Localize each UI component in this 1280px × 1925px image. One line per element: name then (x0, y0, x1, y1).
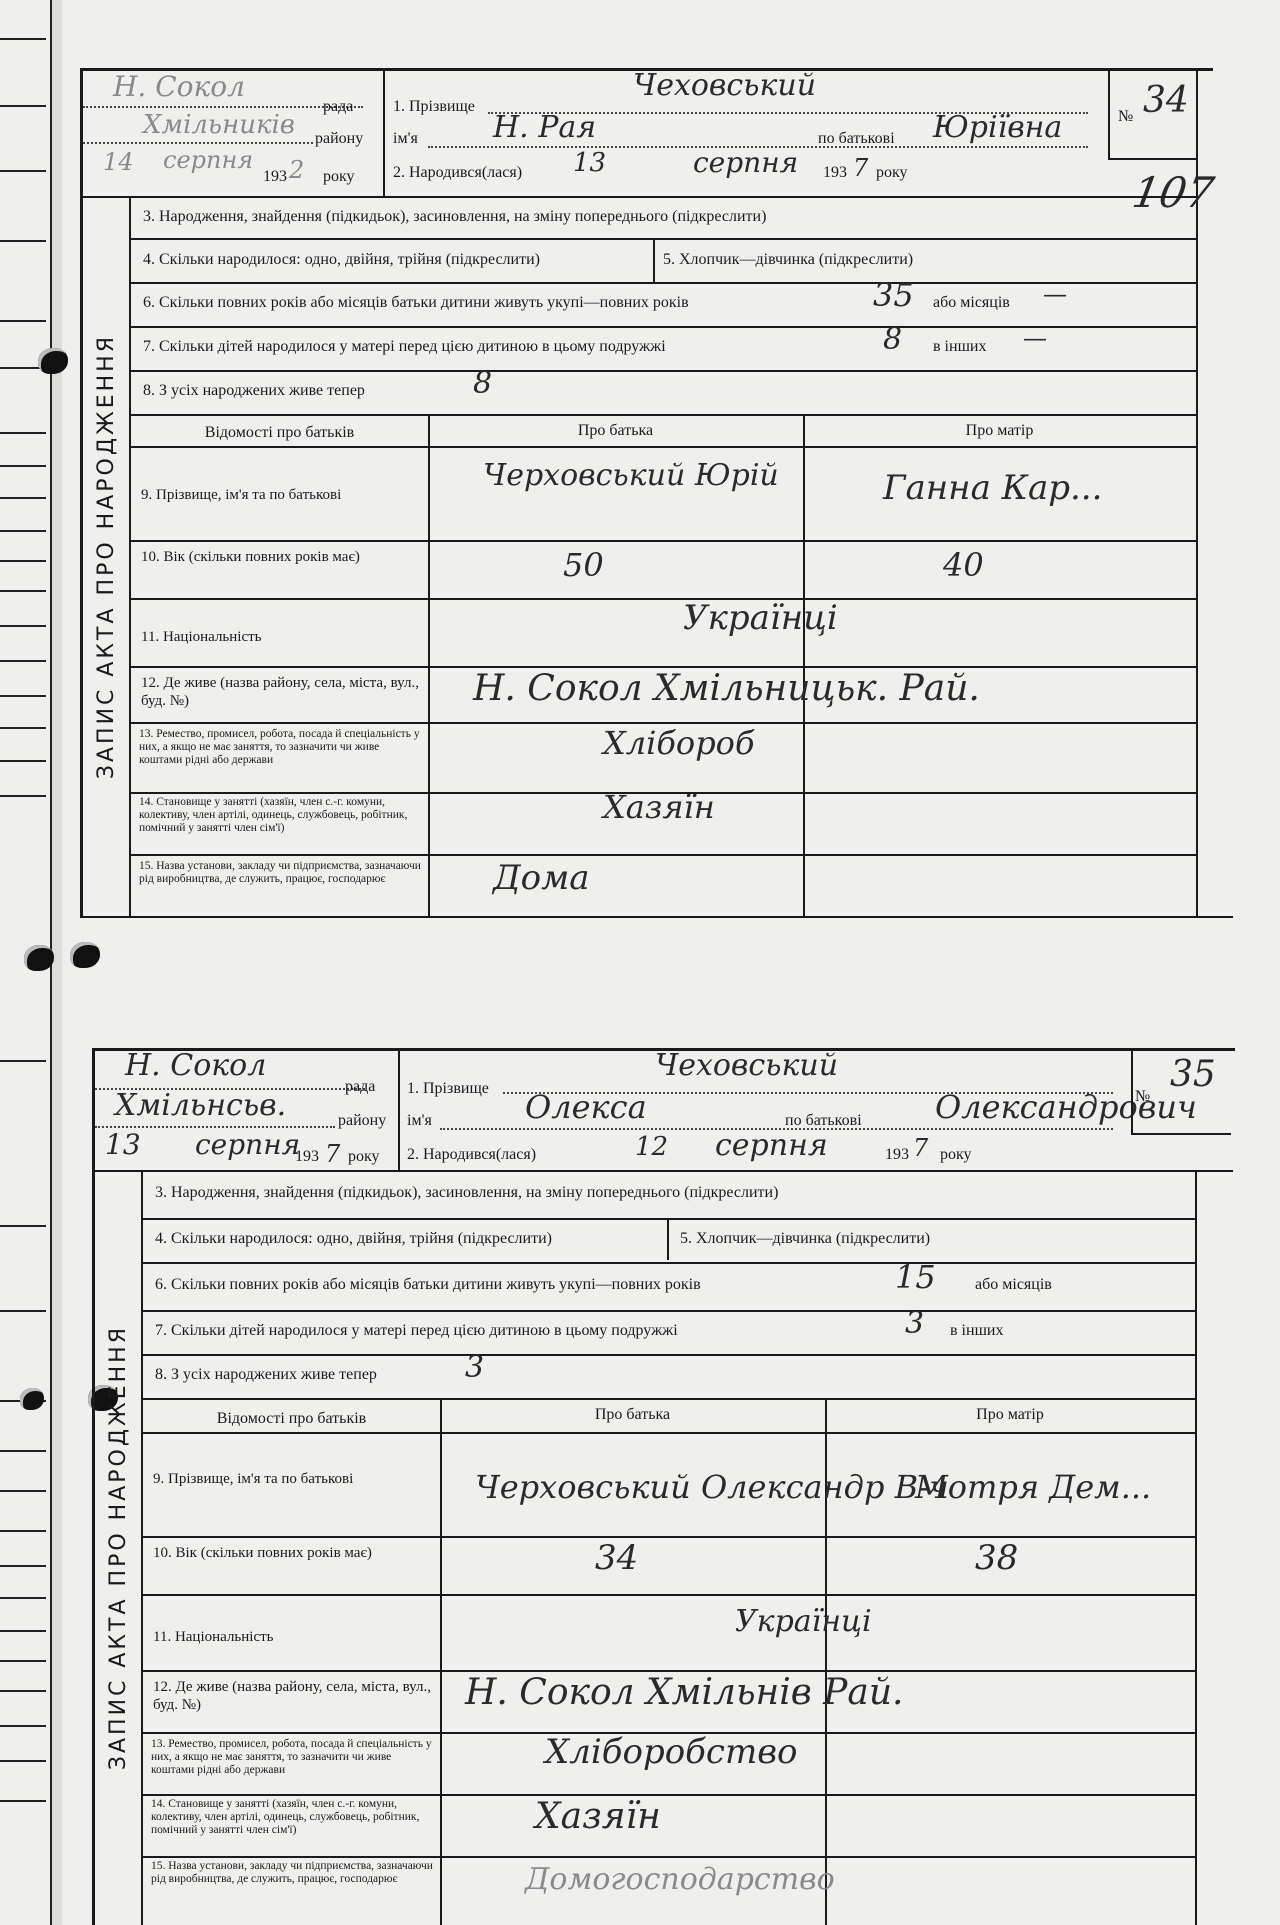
surname-value: Чеховський (633, 68, 816, 103)
name-value: Олекса (525, 1088, 647, 1126)
punch-hole (38, 348, 68, 374)
punch-hole (20, 1388, 44, 1410)
nationality: Українці (735, 1604, 872, 1639)
birth-day: 12 (635, 1132, 668, 1162)
children-before: 3 (905, 1306, 924, 1341)
father-workplace: Домогосподарство (525, 1862, 835, 1897)
record-number: 35 (1170, 1054, 1216, 1095)
rada-value: Н. Сокол (125, 1048, 266, 1083)
years-together: 15 (895, 1258, 936, 1296)
years-together: 35 (873, 276, 914, 314)
father-occupation: Хліборобство (545, 1732, 797, 1772)
father-status: Хазяїн (603, 788, 715, 826)
birth-record-35: Н. Сокол рада Хмільнсьв. району 13 серпн… (92, 1048, 1235, 1925)
father-status: Хазяїн (535, 1796, 661, 1837)
father-age: 34 (595, 1538, 638, 1578)
residence: Н. Сокол Хмільницьк. Рай. (473, 668, 980, 709)
rada-value: Н. Сокол (113, 70, 245, 103)
children-before: 8 (883, 322, 902, 357)
binding-strip (52, 0, 62, 1925)
mother-age: 38 (975, 1538, 1018, 1578)
father-name: Черховський Олександр В-ч (475, 1468, 949, 1506)
birth-month: серпня (693, 146, 798, 179)
side-title: ЗАПИС АКТА ПРО НАРОДЖЕННЯ (95, 1170, 143, 1925)
registration-year: 2 (289, 156, 304, 184)
father-workplace: Дома (493, 858, 590, 898)
margin-mark: 107 (1129, 168, 1218, 217)
living-now: 8 (473, 366, 492, 401)
registration-day: 13 (105, 1128, 141, 1161)
punch-hole (24, 945, 54, 971)
father-occupation: Хлібороб (603, 724, 754, 762)
patronymic-value: Юріївна (933, 110, 1062, 145)
registration-month: серпня (195, 1128, 300, 1161)
birth-year: 7 (913, 1134, 928, 1162)
living-now: 3 (465, 1350, 484, 1385)
mother-name: Ганна Кар... (883, 468, 1102, 508)
registration-year: 7 (325, 1140, 340, 1168)
record-number: 34 (1143, 80, 1189, 121)
nationality: Українці (683, 598, 838, 638)
mother-age: 40 (943, 546, 984, 584)
registration-day: 14 (103, 148, 134, 176)
mother-name: Мотря Дем... (915, 1468, 1151, 1506)
raion-value: Хмільників (143, 110, 295, 140)
father-name: Черховський Юрій (483, 458, 783, 493)
side-title: ЗАПИС АКТА ПРО НАРОДЖЕННЯ (83, 196, 131, 918)
registration-month: серпня (163, 146, 253, 174)
residence: Н. Сокол Хмільнів Рай. (465, 1672, 904, 1713)
birth-day: 13 (573, 148, 606, 178)
birth-year: 7 (853, 154, 868, 182)
name-value: Н. Рая (493, 110, 596, 145)
birth-record-34: Н. Сокол рада Хмільників району 14 серпн… (80, 68, 1213, 918)
punch-hole (70, 942, 100, 968)
surname-value: Чеховський (655, 1048, 838, 1083)
birth-month: серпня (715, 1128, 828, 1163)
father-age: 50 (563, 546, 604, 584)
raion-value: Хмільнсьв. (115, 1088, 286, 1123)
patronymic-value: Олександрович (935, 1088, 1197, 1126)
